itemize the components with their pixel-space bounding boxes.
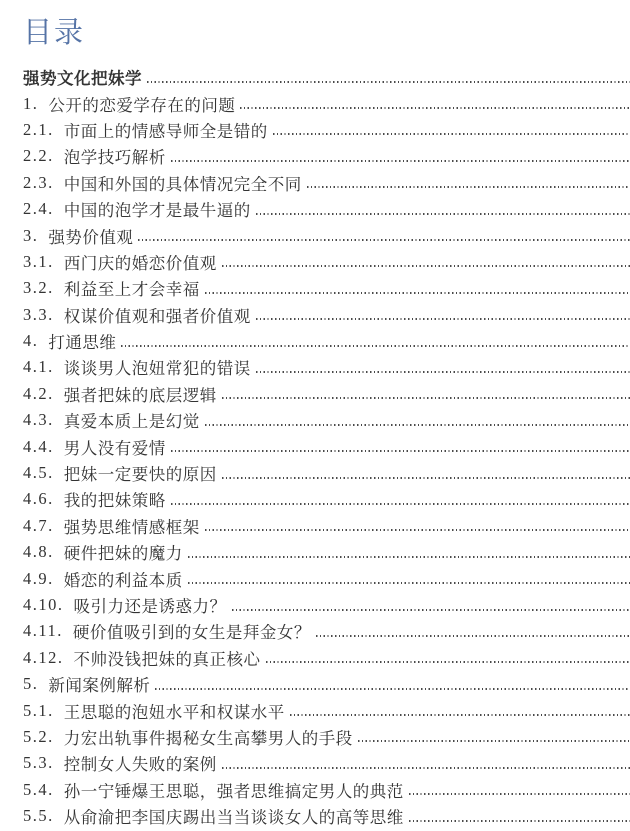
dotted-leader (240, 107, 630, 109)
toc-entry-number: 2.2. (23, 146, 54, 166)
toc-entry[interactable]: 4.1. 谈谈男人泡妞常犯的错误 (23, 354, 630, 380)
dotted-leader (222, 265, 630, 267)
dotted-leader (256, 371, 630, 373)
dotted-leader (222, 477, 630, 479)
toc-entry-number: 2.4. (23, 199, 54, 219)
dotted-leader (205, 292, 630, 294)
toc-entry-number: 2.1. (23, 120, 54, 140)
toc-entry-label: 市面上的情感导师全是错的 (64, 118, 268, 142)
toc-entry-label: 强势思维情感框架 (64, 514, 200, 538)
dotted-leader (358, 740, 630, 742)
toc-list: 强势文化把妹学 1. 公开的恋爱学存在的问题 2.1. 市面上的情感导师全是错的… (23, 64, 630, 829)
toc-entry-label: 谈谈男人泡妞常犯的错误 (64, 355, 251, 379)
toc-entry-label: 强者把妹的底层逻辑 (64, 382, 217, 406)
toc-entry[interactable]: 4.7. 强势思维情感框架 (23, 513, 630, 539)
toc-entry[interactable]: 4.8. 硬件把妹的魔力 (23, 539, 630, 565)
toc-entry-number: 4.11. (23, 621, 63, 641)
toc-entry[interactable]: 4.11. 硬价值吸引到的女生是拜金女？ (23, 618, 630, 644)
toc-entry-label: 孙一宁锤爆王思聪，强者思维搞定男人的典范 (64, 778, 404, 802)
dotted-leader (256, 318, 630, 320)
dotted-leader (307, 186, 630, 188)
toc-entry-number: 4.12. (23, 648, 64, 668)
toc-entry-label: 把妹一定要快的原因 (64, 461, 217, 485)
toc-entry[interactable]: 5. 新闻案例解析 (23, 671, 630, 697)
toc-entry-label: 不帅没钱把妹的真正核心 (74, 646, 261, 670)
dotted-leader (205, 529, 630, 531)
toc-entry-number: 4. (23, 331, 38, 351)
toc-entry[interactable]: 4.3. 真爱本质上是幻觉 (23, 407, 630, 433)
toc-entry-label: 王思聪的泡妞水平和权谋水平 (64, 699, 285, 723)
toc-entry[interactable]: 2.2. 泡学技巧解析 (23, 143, 630, 169)
dotted-leader (121, 345, 630, 347)
toc-heading: 目录 (23, 14, 630, 52)
toc-entry[interactable]: 2.1. 市面上的情感导师全是错的 (23, 117, 630, 143)
toc-entry-label: 泡学技巧解析 (64, 144, 166, 168)
dotted-leader (232, 609, 630, 611)
toc-entry-label: 西门庆的婚恋价值观 (64, 250, 217, 274)
toc-entry[interactable]: 4.2. 强者把妹的底层逻辑 (23, 381, 630, 407)
dotted-leader (273, 133, 630, 135)
toc-entry-label: 我的把妹策略 (64, 487, 166, 511)
dotted-leader (409, 793, 630, 795)
dotted-leader (171, 503, 630, 505)
toc-entry[interactable]: 4.9. 婚恋的利益本质 (23, 565, 630, 591)
dotted-leader (188, 556, 630, 558)
dotted-leader (256, 213, 630, 215)
toc-entry[interactable]: 5.3. 控制女人失败的案例 (23, 750, 630, 776)
toc-entry-number: 4.5. (23, 463, 54, 483)
toc-entry[interactable]: 4.10. 吸引力还是诱惑力？ (23, 592, 630, 618)
toc-entry-number: 4.3. (23, 410, 54, 430)
toc-entry-number: 4.10. (23, 595, 64, 615)
toc-entry-label: 中国和外国的具体情况完全不同 (64, 171, 302, 195)
toc-entry-label: 婚恋的利益本质 (64, 567, 183, 591)
toc-entry[interactable]: 2.3. 中国和外国的具体情况完全不同 (23, 170, 630, 196)
dotted-leader (290, 714, 630, 716)
toc-entry-number: 4.4. (23, 437, 54, 457)
toc-entry[interactable]: 4. 打通思维 (23, 328, 630, 354)
dotted-leader (188, 582, 630, 584)
toc-entry-number: 2.3. (23, 173, 54, 193)
toc-entry[interactable]: 4.5. 把妹一定要快的原因 (23, 460, 630, 486)
toc-entry-label: 硬价值吸引到的女生是拜金女？ (73, 619, 311, 643)
toc-entry-number: 4.9. (23, 569, 54, 589)
toc-entry-label: 打通思维 (48, 329, 116, 353)
toc-entry-number: 5.3. (23, 753, 54, 773)
toc-entry[interactable]: 3.1. 西门庆的婚恋价值观 (23, 249, 630, 275)
toc-entry[interactable]: 5.5. 从俞渝把李国庆踢出当当谈谈女人的高等思维 (23, 803, 630, 829)
toc-entry-number: 4.1. (23, 357, 54, 377)
toc-entry[interactable]: 5.1. 王思聪的泡妞水平和权谋水平 (23, 697, 630, 723)
toc-entry[interactable]: 3.3. 权谋价值观和强者价值观 (23, 302, 630, 328)
toc-entry-label: 从俞渝把李国庆踢出当当谈谈女人的高等思维 (64, 804, 404, 828)
dotted-leader (138, 239, 630, 241)
toc-entry-number: 4.8. (23, 542, 54, 562)
toc-entry-number: 4.7. (23, 516, 54, 536)
dotted-leader (316, 635, 630, 637)
dotted-leader (266, 661, 630, 663)
toc-entry-label: 公开的恋爱学存在的问题 (48, 92, 235, 116)
toc-entry-label: 新闻案例解析 (48, 672, 150, 696)
toc-entry-label: 吸引力还是诱惑力？ (74, 593, 227, 617)
toc-entry[interactable]: 5.4. 孙一宁锤爆王思聪，强者思维搞定男人的典范 (23, 777, 630, 803)
toc-entry-label: 中国的泡学才是最牛逼的 (64, 197, 251, 221)
toc-entry-label: 强势价值观 (48, 224, 133, 248)
dotted-leader (147, 81, 630, 83)
dotted-leader (171, 160, 630, 162)
toc-entry[interactable]: 4.4. 男人没有爱情 (23, 433, 630, 459)
dotted-leader (409, 820, 630, 822)
toc-entry-label: 控制女人失败的案例 (64, 751, 217, 775)
toc-entry-label: 真爱本质上是幻觉 (64, 408, 200, 432)
toc-entry-label: 硬件把妹的魔力 (64, 540, 183, 564)
toc-entry-label: 强势文化把妹学 (23, 65, 142, 89)
toc-entry[interactable]: 1. 公开的恋爱学存在的问题 (23, 90, 630, 116)
toc-entry-number: 5.2. (23, 727, 54, 747)
dotted-leader (205, 424, 630, 426)
toc-entry[interactable]: 3.2. 利益至上才会幸福 (23, 275, 630, 301)
toc-entry-number: 4.6. (23, 489, 54, 509)
toc-entry-number: 5.1. (23, 701, 54, 721)
toc-entry[interactable]: 3. 强势价值观 (23, 222, 630, 248)
toc-entry[interactable]: 2.4. 中国的泡学才是最牛逼的 (23, 196, 630, 222)
dotted-leader (222, 767, 630, 769)
toc-entry-number: 3. (23, 226, 38, 246)
toc-entry-number: 5. (23, 674, 38, 694)
toc-entry[interactable]: 强势文化把妹学 (23, 64, 630, 90)
dotted-leader (222, 397, 630, 399)
toc-entry-number: 3.3. (23, 305, 54, 325)
toc-entry-number: 1. (23, 94, 38, 114)
toc-entry-label: 利益至上才会幸福 (64, 276, 200, 300)
dotted-leader (171, 450, 630, 452)
dotted-leader (155, 688, 630, 690)
toc-entry-number: 3.2. (23, 278, 54, 298)
document-page: 目录 强势文化把妹学 1. 公开的恋爱学存在的问题 2.1. 市面上的情感导师全… (0, 0, 630, 831)
toc-entry-label: 权谋价值观和强者价值观 (64, 303, 251, 327)
toc-entry-number: 3.1. (23, 252, 54, 272)
toc-entry-number: 5.5. (23, 806, 54, 826)
toc-entry[interactable]: 4.12. 不帅没钱把妹的真正核心 (23, 645, 630, 671)
toc-entry-label: 力宏出轨事件揭秘女生高攀男人的手段 (64, 725, 353, 749)
toc-entry-number: 5.4. (23, 780, 54, 800)
toc-entry-number: 4.2. (23, 384, 54, 404)
toc-entry-label: 男人没有爱情 (64, 435, 166, 459)
toc-entry[interactable]: 4.6. 我的把妹策略 (23, 486, 630, 512)
toc-entry[interactable]: 5.2. 力宏出轨事件揭秘女生高攀男人的手段 (23, 724, 630, 750)
